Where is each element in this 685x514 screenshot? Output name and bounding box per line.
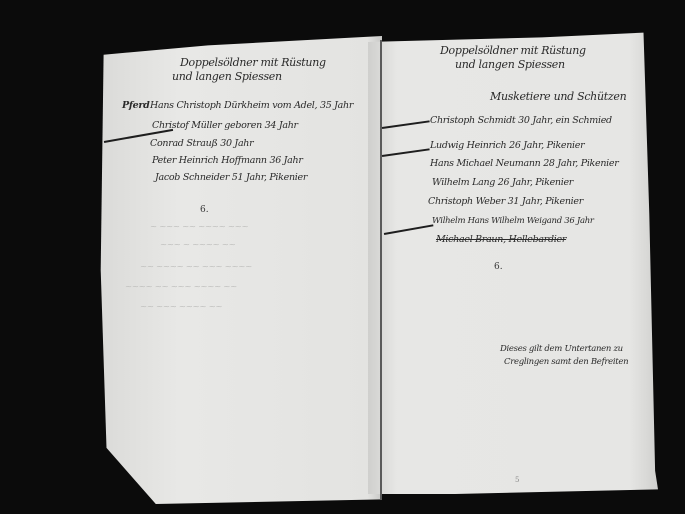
- right-page-mark: 6.: [494, 262, 503, 272]
- left-entry-1: Hans Christoph Dürkheim vom Adel, 35 Jah…: [150, 100, 353, 111]
- bleedthrough-text: ~~ ~~~~ ~~ ~~~ ~~~~: [140, 262, 252, 272]
- bleedthrough-text: ~~ ~~~ ~~~~ ~~: [140, 302, 222, 312]
- right-entry-2: Ludwig Heinrich 26 Jahr, Pikenier: [430, 140, 584, 151]
- left-heading-line-2: und langen Spiessen: [172, 70, 282, 83]
- right-entry-6: Wilhelm Hans Wilhelm Weigand 36 Jahr: [432, 216, 594, 226]
- left-entry-5: Jacob Schneider 51 Jahr, Pikenier: [155, 172, 307, 183]
- right-entry-3: Hans Michael Neumann 28 Jahr, Pikenier: [430, 158, 618, 169]
- bleedthrough-text: ~~~~ ~~ ~~~ ~~~~ ~~: [125, 282, 237, 292]
- left-margin-note: Pferd: [122, 100, 149, 111]
- left-entry-2: Christof Müller geboren 34 Jahr: [152, 120, 298, 131]
- bleedthrough-text: ~~~ ~ ~~~~ ~~: [160, 240, 235, 250]
- right-heading-line-1: Doppelsöldner mit Rüstung: [440, 44, 586, 57]
- right-entry-1: Christoph Schmidt 30 Jahr, ein Schmied: [430, 115, 612, 126]
- right-entry-4: Wilhelm Lang 26 Jahr, Pikenier: [432, 177, 573, 188]
- left-entry-4: Peter Heinrich Hoffmann 36 Jahr: [152, 155, 303, 166]
- right-entry-7: Michael Braun, Hellebardier: [436, 234, 566, 245]
- right-footer-note-1: Dieses gilt dem Untertanen zu: [500, 344, 623, 354]
- right-bottom-mark: 5: [515, 476, 519, 484]
- left-heading-line-1: Doppelsöldner mit Rüstung: [180, 56, 326, 69]
- right-entry-5: Christoph Weber 31 Jahr, Pikenier: [428, 196, 583, 207]
- bleedthrough-text: ~ ~~~ ~~ ~~~~ ~~~: [150, 222, 248, 232]
- left-page-mark: 6.: [200, 205, 209, 215]
- right-footer-note-2: Creglingen samt den Befreiten: [504, 357, 628, 367]
- right-subheading: Musketiere und Schützen: [490, 90, 626, 103]
- left-entry-3: Conrad Strauß 30 Jahr: [150, 138, 253, 149]
- book-spine: [380, 40, 382, 500]
- right-heading-line-2: und langen Spiessen: [455, 58, 565, 71]
